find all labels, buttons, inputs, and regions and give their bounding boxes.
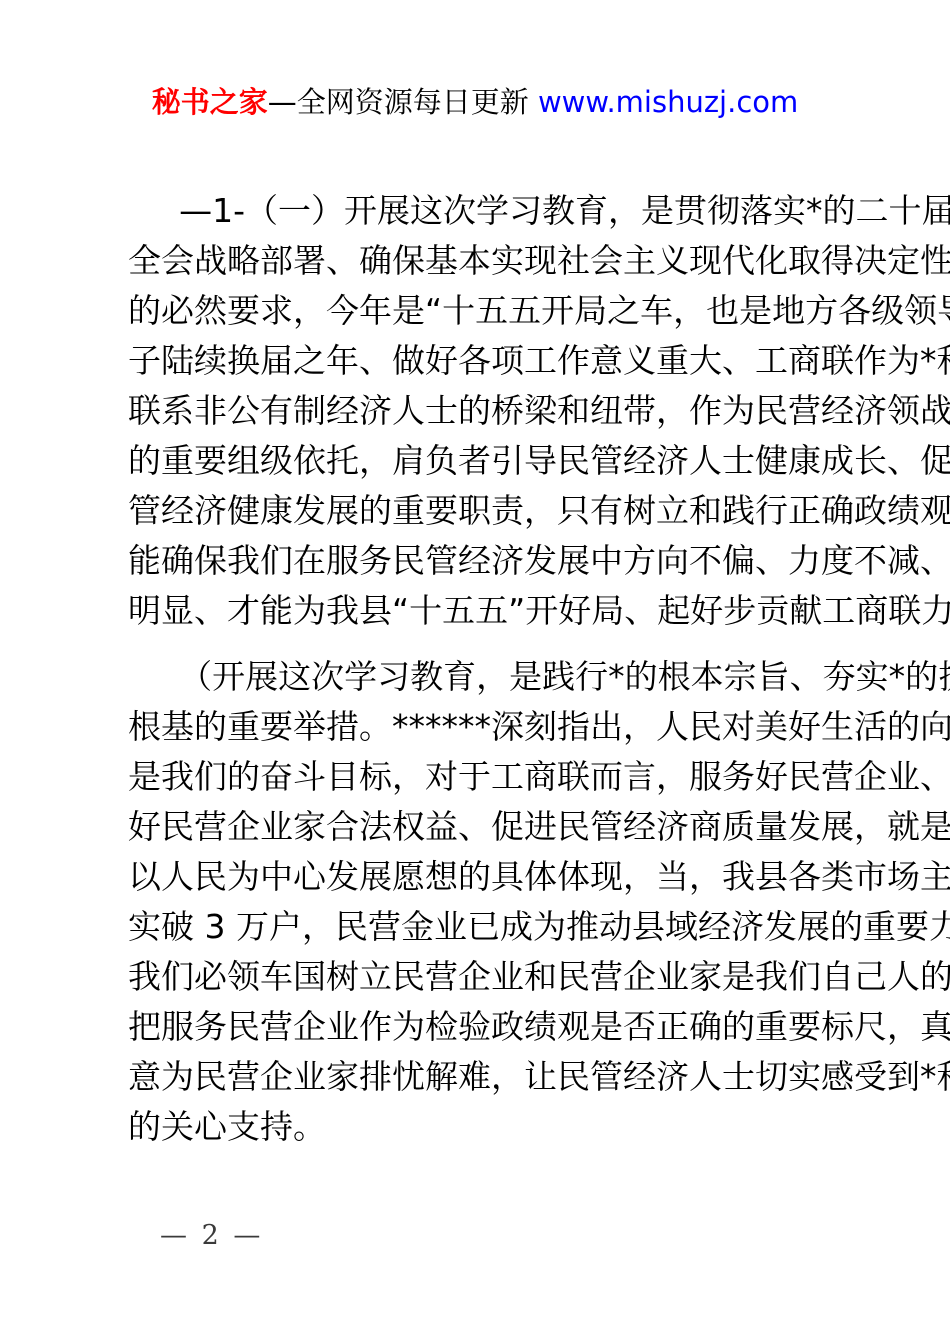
document-page: 秘书之家—全网资源每日更新 www.mishuzj.com —1-（一）开展这次…	[0, 0, 950, 1344]
site-header: 秘书之家—全网资源每日更新 www.mishuzj.com	[0, 84, 950, 120]
body-line: 明显、才能为我县“十五五”开好局、起好步贡献工商联力量。	[128, 586, 834, 636]
paragraph-1: —1-（一）开展这次学习教育，是贯彻落实*的二十届四中全会战略部署、确保基本实现…	[128, 186, 834, 636]
body-line: 的关心支持。	[128, 1102, 834, 1152]
body-line: 的重要组级依托，肩负者引导民管经济人士健康成长、促进民	[128, 436, 834, 486]
body-line: （开展这次学习教育，是践行*的根本宗旨、夯实*的执政	[128, 652, 834, 702]
body-line: 能确保我们在服务民管经济发展中方向不偏、力度不减、成效	[128, 536, 834, 586]
document-body: —1-（一）开展这次学习教育，是贯彻落实*的二十届四中全会战略部署、确保基本实现…	[128, 186, 834, 1152]
site-url-link[interactable]: www.mishuzj.com	[538, 85, 798, 119]
body-line: 的必然要求，今年是“十五五开局之车，也是地方各级领导班	[128, 286, 834, 336]
page-number: — 2 —	[160, 1220, 263, 1251]
body-line: —1-（一）开展这次学习教育，是贯彻落实*的二十届四中	[128, 186, 834, 236]
body-line: 好民营企业家合法权益、促进民管经济商质量发展，就是践行	[128, 802, 834, 852]
body-line: 子陆续换届之年、做好各项工作意义重大、工商联作为*和政府	[128, 336, 834, 386]
body-line: 全会战略部署、确保基本实现社会主义现代化取得决定性进展	[128, 236, 834, 286]
site-tagline: —全网资源每日更新	[268, 85, 538, 119]
paragraph-2: （开展这次学习教育，是践行*的根本宗旨、夯实*的执政根基的重要举措。******…	[128, 652, 834, 1152]
body-line: 根基的重要举措。******深刻指出，人民对美好生活的向往就	[128, 702, 834, 752]
body-line: 实破 3 万户，民营金业已成为推动县域经济发展的重要力量、	[128, 902, 834, 952]
body-line: 意为民营企业家排忧解难，让民管经济人士切实感受到*和政府	[128, 1052, 834, 1102]
body-line: 管经济健康发展的重要职责，只有树立和践行正确政绩观，才	[128, 486, 834, 536]
body-line: 以人民为中心发展愿想的具体体现，当，我县各类市场主体已	[128, 852, 834, 902]
body-line: 联系非公有制经济人士的桥梁和纽带，作为民营经济领战工作	[128, 386, 834, 436]
body-line: 是我们的奋斗目标，对于工商联而言，服务好民营企业、保护	[128, 752, 834, 802]
site-brand: 秘书之家	[152, 85, 268, 119]
body-line: 我们必领车国树立民营企业和民营企业家是我们自己人的理念，	[128, 952, 834, 1002]
body-line: 把服务民营企业作为检验政绩观是否正确的重要标尺，真心实	[128, 1002, 834, 1052]
